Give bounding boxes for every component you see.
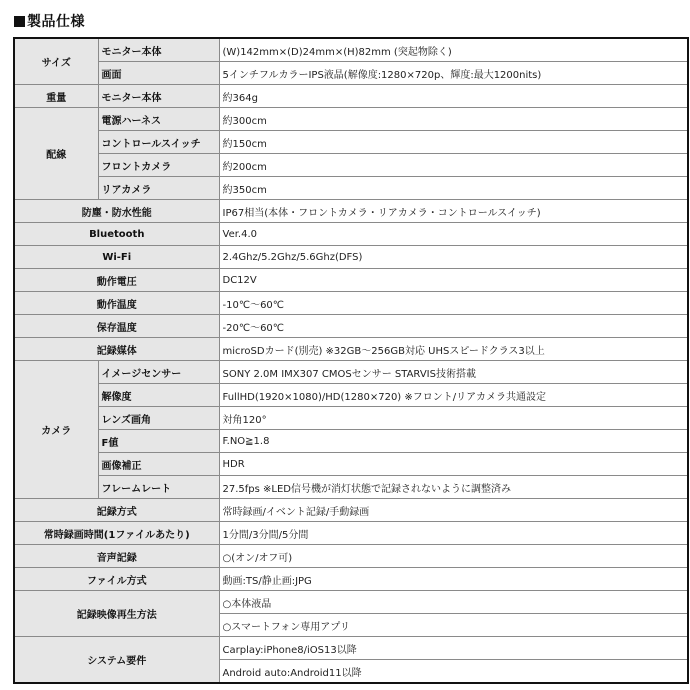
row-value: 約300cm [219,108,688,131]
row-value: DC12V [219,269,688,292]
row-label: 記録方式 [14,499,219,522]
row-value: 約350cm [219,177,688,200]
row-label: 記録映像再生方法 [14,591,219,637]
row-value: ○(オン/オフ可) [219,545,688,568]
row-value: Carplay:iPhone8/iOS13以降 [219,637,688,660]
table-row: Bluetooth Ver.4.0 [14,223,688,246]
table-row: Wi-Fi 2.4Ghz/5.2Ghz/5.6Ghz(DFS) [14,246,688,269]
table-row: レンズ画角 対角120° [14,407,688,430]
sub-label: モニター本体 [98,85,219,108]
row-value: 5インチフルカラーIPS液晶(解像度:1280×720p、輝度:最大1200ni… [219,62,688,85]
table-row: 記録媒体 microSDカード(別売) ※32GB〜256GB対応 UHSスピー… [14,338,688,361]
row-label: Wi-Fi [14,246,219,269]
row-label: 動作温度 [14,292,219,315]
row-value: IP67相当(本体・フロントカメラ・リアカメラ・コントロールスイッチ) [219,200,688,223]
table-row: サイズ モニター本体 (W)142mm×(D)24mm×(H)82mm (突起物… [14,38,688,62]
row-value: 約364g [219,85,688,108]
table-row: ファイル方式 動画:TS/静止画:JPG [14,568,688,591]
table-row: 配線 電源ハーネス 約300cm [14,108,688,131]
row-value: 動画:TS/静止画:JPG [219,568,688,591]
sub-label: 画像補正 [98,453,219,476]
sub-label: F値 [98,430,219,453]
table-row: 常時録画時間(1ファイルあたり) 1分間/3分間/5分間 [14,522,688,545]
row-label: 重量 [14,85,98,108]
table-row: リアカメラ 約350cm [14,177,688,200]
table-row: フロントカメラ 約200cm [14,154,688,177]
table-row: 画像補正 HDR [14,453,688,476]
table-row: 重量 モニター本体 約364g [14,85,688,108]
sub-label: フレームレート [98,476,219,499]
sub-label: コントロールスイッチ [98,131,219,154]
square-bullet-icon [14,16,25,27]
row-label: 常時録画時間(1ファイルあたり) [14,522,219,545]
row-value: Ver.4.0 [219,223,688,246]
row-value: 約200cm [219,154,688,177]
table-row: 動作電圧 DC12V [14,269,688,292]
table-row: 画面 5インチフルカラーIPS液晶(解像度:1280×720p、輝度:最大120… [14,62,688,85]
row-label: サイズ [14,38,98,85]
row-label: 保存温度 [14,315,219,338]
row-label: 防塵・防水性能 [14,200,219,223]
row-value: ○本体液晶 [219,591,688,614]
table-row: コントロールスイッチ 約150cm [14,131,688,154]
row-label: カメラ [14,361,98,499]
row-value: ○スマートフォン専用アプリ [219,614,688,637]
sub-label: 電源ハーネス [98,108,219,131]
sub-label: レンズ画角 [98,407,219,430]
table-row: システム要件 Carplay:iPhone8/iOS13以降 [14,637,688,660]
table-row: 動作温度 -10℃〜60℃ [14,292,688,315]
row-value: HDR [219,453,688,476]
row-label: ファイル方式 [14,568,219,591]
row-label: 動作電圧 [14,269,219,292]
sub-label: 画面 [98,62,219,85]
sub-label: モニター本体 [98,38,219,62]
row-value: 1分間/3分間/5分間 [219,522,688,545]
row-value: SONY 2.0M IMX307 CMOSセンサー STARVIS技術搭載 [219,361,688,384]
row-value: (W)142mm×(D)24mm×(H)82mm (突起物除く) [219,38,688,62]
row-label: Bluetooth [14,223,219,246]
row-value: Android auto:Android11以降 [219,660,688,684]
row-value: -10℃〜60℃ [219,292,688,315]
table-row: 解像度 FullHD(1920×1080)/HD(1280×720) ※フロント… [14,384,688,407]
row-label: システム要件 [14,637,219,684]
row-value: 27.5fps ※LED信号機が消灯状態で記録されないように調整済み [219,476,688,499]
sub-label: フロントカメラ [98,154,219,177]
row-label: 記録媒体 [14,338,219,361]
row-value: -20℃〜60℃ [219,315,688,338]
sub-label: 解像度 [98,384,219,407]
section-title-text: 製品仕様 [27,14,85,30]
table-row: 保存温度 -20℃〜60℃ [14,315,688,338]
table-row: 記録映像再生方法 ○本体液晶 [14,591,688,614]
row-value: 2.4Ghz/5.2Ghz/5.6Ghz(DFS) [219,246,688,269]
row-value: 約150cm [219,131,688,154]
table-row: カメラ イメージセンサー SONY 2.0M IMX307 CMOSセンサー S… [14,361,688,384]
row-value: F.NO≧1.8 [219,430,688,453]
section-title: 製品仕様 [14,11,85,31]
sub-label: イメージセンサー [98,361,219,384]
table-row: 音声記録 ○(オン/オフ可) [14,545,688,568]
table-row: 防塵・防水性能 IP67相当(本体・フロントカメラ・リアカメラ・コントロールスイ… [14,200,688,223]
table-row: フレームレート 27.5fps ※LED信号機が消灯状態で記録されないように調整… [14,476,688,499]
row-value: FullHD(1920×1080)/HD(1280×720) ※フロント/リアカ… [219,384,688,407]
row-value: 対角120° [219,407,688,430]
row-label: 音声記録 [14,545,219,568]
spec-table: サイズ モニター本体 (W)142mm×(D)24mm×(H)82mm (突起物… [13,37,689,684]
table-row: 記録方式 常時録画/イベント記録/手動録画 [14,499,688,522]
row-value: microSDカード(別売) ※32GB〜256GB対応 UHSスピードクラス3… [219,338,688,361]
row-label: 配線 [14,108,98,200]
row-value: 常時録画/イベント記録/手動録画 [219,499,688,522]
table-row: F値 F.NO≧1.8 [14,430,688,453]
sub-label: リアカメラ [98,177,219,200]
